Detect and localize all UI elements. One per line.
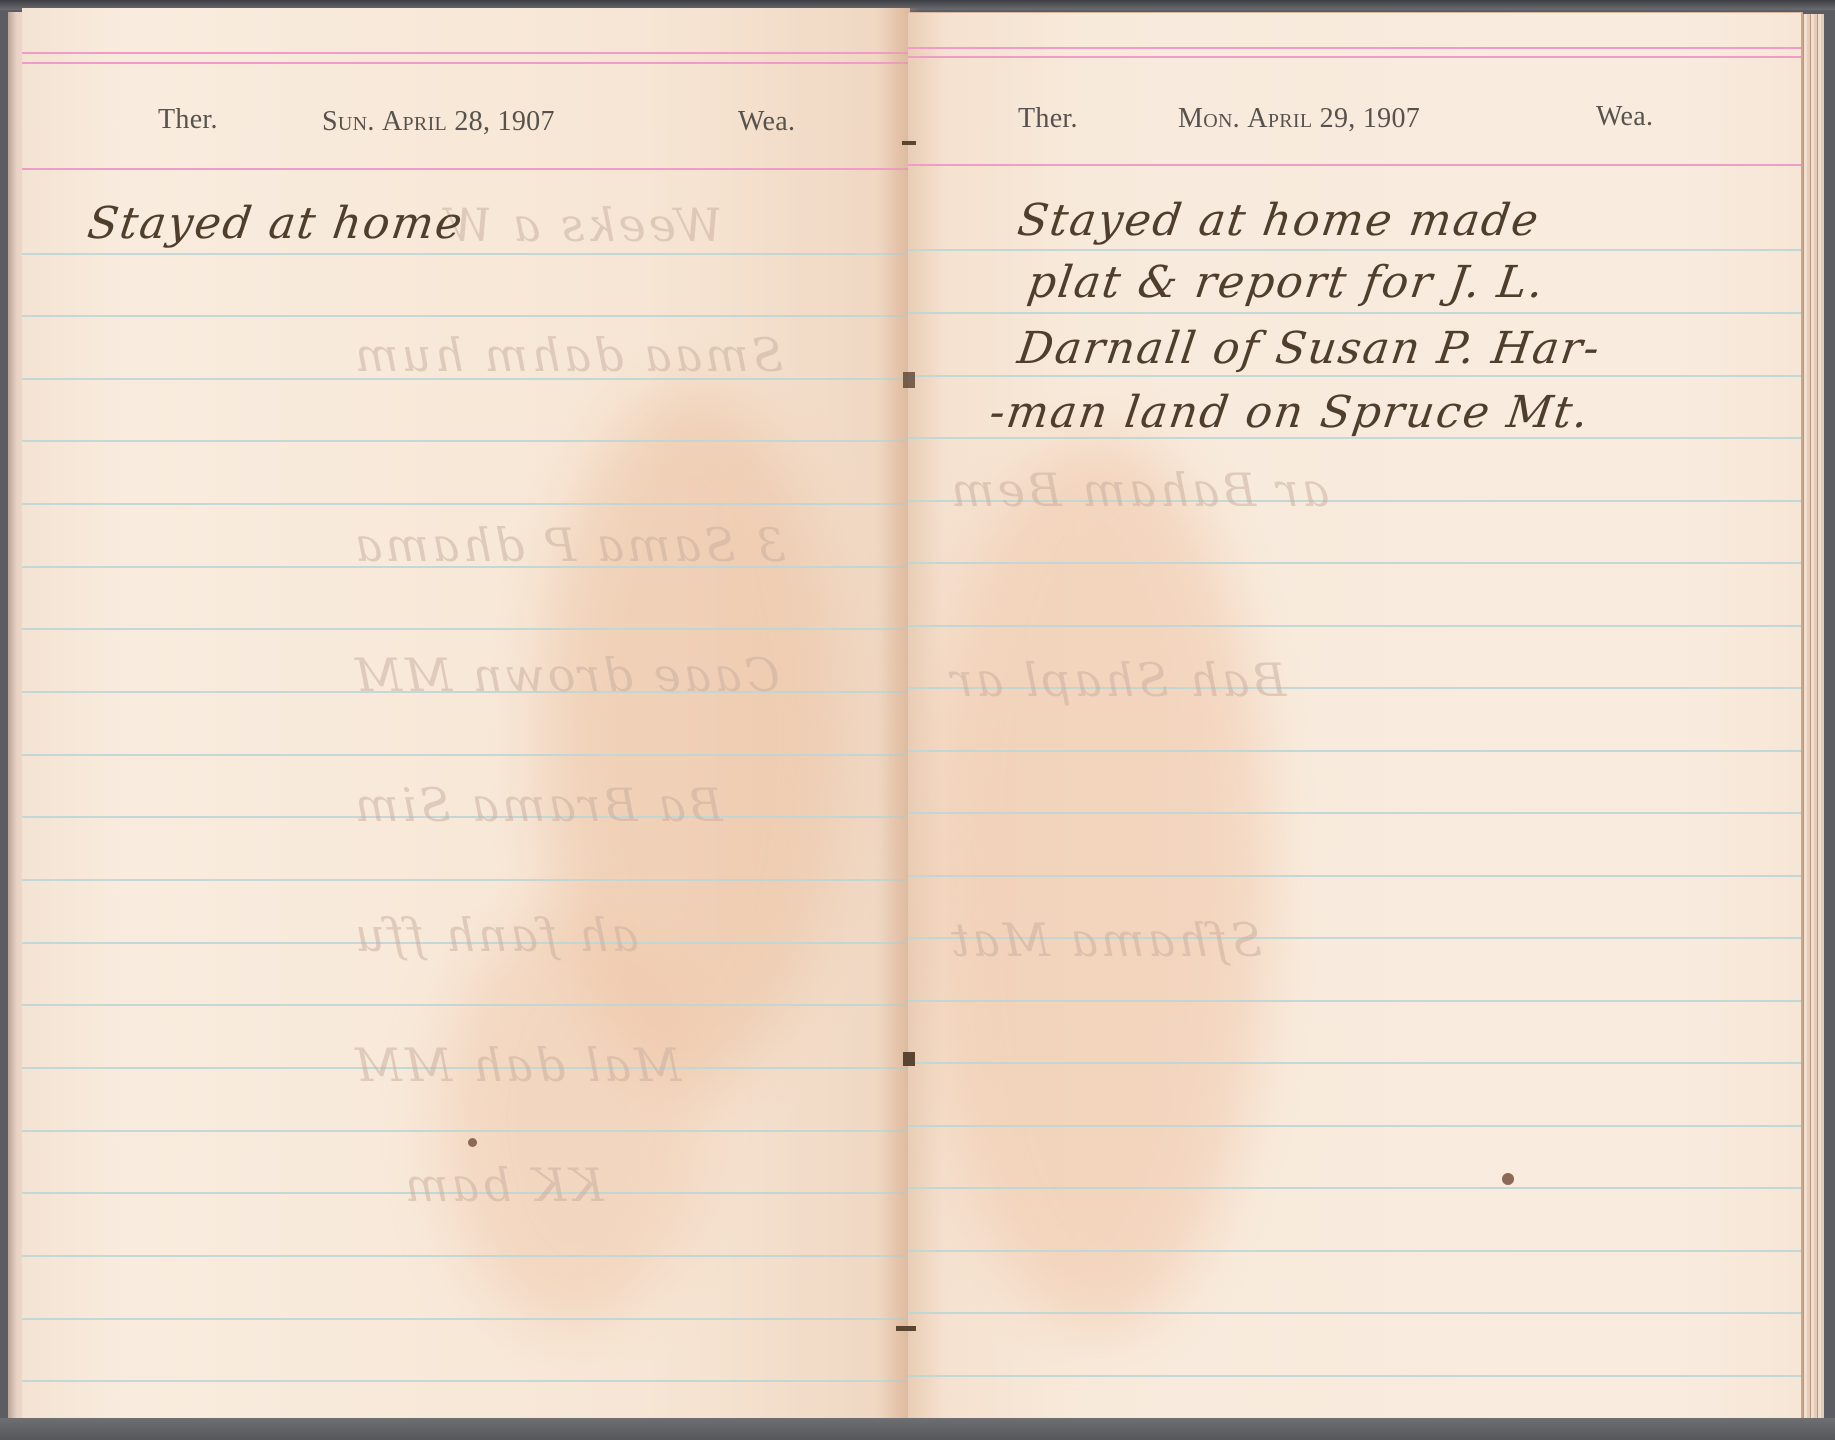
binding-thread-mark xyxy=(902,141,916,145)
rule-line xyxy=(22,253,910,255)
binding-thread-mark xyxy=(896,1326,916,1331)
rule-line xyxy=(908,1375,1801,1377)
bleed-through-handwriting: Bah Shapl ar xyxy=(948,653,1286,707)
header-rule-pink xyxy=(908,164,1801,166)
top-rule-pink xyxy=(908,47,1801,49)
rule-line xyxy=(22,1130,910,1132)
binding-thread-mark xyxy=(903,372,915,388)
book-cover-bottom-edge xyxy=(0,1418,1835,1440)
rule-line xyxy=(908,625,1801,627)
rule-line xyxy=(908,312,1801,314)
ink-spot xyxy=(1502,1173,1514,1185)
page-date: Mon. April 29, 1907 xyxy=(1178,103,1420,135)
rule-line xyxy=(908,1312,1801,1314)
ther-label: Ther. xyxy=(158,104,218,136)
rule-line xyxy=(908,249,1801,251)
rule-line xyxy=(22,879,910,881)
left-page: Ther. Sun. April 28, 1907 Wea. Weeks a W… xyxy=(22,8,910,1418)
rule-line xyxy=(22,1380,910,1382)
stain xyxy=(928,433,1268,1333)
rule-line xyxy=(908,1187,1801,1189)
wea-label: Wea. xyxy=(1596,101,1653,133)
rule-line xyxy=(908,375,1801,377)
rule-line xyxy=(22,1255,910,1257)
bleed-through-handwriting: KK bam xyxy=(402,1158,604,1212)
bleed-through-handwriting: ah fanh ffu xyxy=(352,908,639,962)
rule-line xyxy=(22,503,910,505)
rule-line xyxy=(22,628,910,630)
top-rule-pink xyxy=(22,62,910,64)
rule-line xyxy=(22,440,910,442)
bleed-through-handwriting: Smaa dahm hum xyxy=(352,328,783,382)
rule-line xyxy=(908,562,1801,564)
ink-spot xyxy=(468,1138,477,1147)
entry-line: -man land on Spruce Mt. xyxy=(986,387,1593,438)
stain xyxy=(442,908,702,1328)
wea-label: Wea. xyxy=(738,106,795,138)
binding-thread-mark xyxy=(903,1052,915,1066)
rule-line xyxy=(908,1125,1801,1127)
top-rule-pink xyxy=(22,52,910,54)
right-page: Ther. Mon. April 29, 1907 Wea. ar Baham … xyxy=(908,12,1803,1419)
ther-label: Ther. xyxy=(1018,103,1078,135)
bleed-through-handwriting: Caae drown MM xyxy=(352,648,780,702)
bleed-through-handwriting: ar Baham Bem xyxy=(948,463,1329,517)
date-day: Mon. xyxy=(1178,103,1240,134)
entry-line: plat & report for J. L. xyxy=(1024,257,1548,308)
date-day: Sun. xyxy=(322,106,375,137)
header-rule-pink xyxy=(22,168,910,170)
rule-line xyxy=(908,1062,1801,1064)
rule-line xyxy=(22,1318,910,1320)
bleed-through-handwriting: Sfhama Mat xyxy=(948,913,1262,967)
bleed-through-handwriting: 3 Sama P dhama xyxy=(352,518,786,572)
page-date: Sun. April 28, 1907 xyxy=(322,106,555,138)
entry-line: Darnall of Susan P. Har- xyxy=(1014,323,1604,374)
rule-line xyxy=(908,812,1801,814)
rule-line xyxy=(908,1250,1801,1252)
top-rule-pink xyxy=(908,56,1801,58)
rule-line xyxy=(22,315,910,317)
rule-line xyxy=(908,875,1801,877)
bleed-through-handwriting: Ba Brama Sim xyxy=(352,778,723,832)
date-rest: April 29, 1907 xyxy=(1247,103,1420,134)
rule-line xyxy=(22,1004,910,1006)
rule-line xyxy=(908,1000,1801,1002)
entry-line: Stayed at home made xyxy=(1014,195,1543,246)
bleed-through-handwriting: Weeks a W xyxy=(442,198,722,252)
rule-line xyxy=(22,754,910,756)
right-page-stack xyxy=(1800,14,1824,1420)
bleed-through-handwriting: Mal dah MM xyxy=(352,1038,681,1092)
date-rest: April 28, 1907 xyxy=(382,106,555,137)
rule-line xyxy=(908,750,1801,752)
entry-line: Stayed at home xyxy=(84,198,467,249)
